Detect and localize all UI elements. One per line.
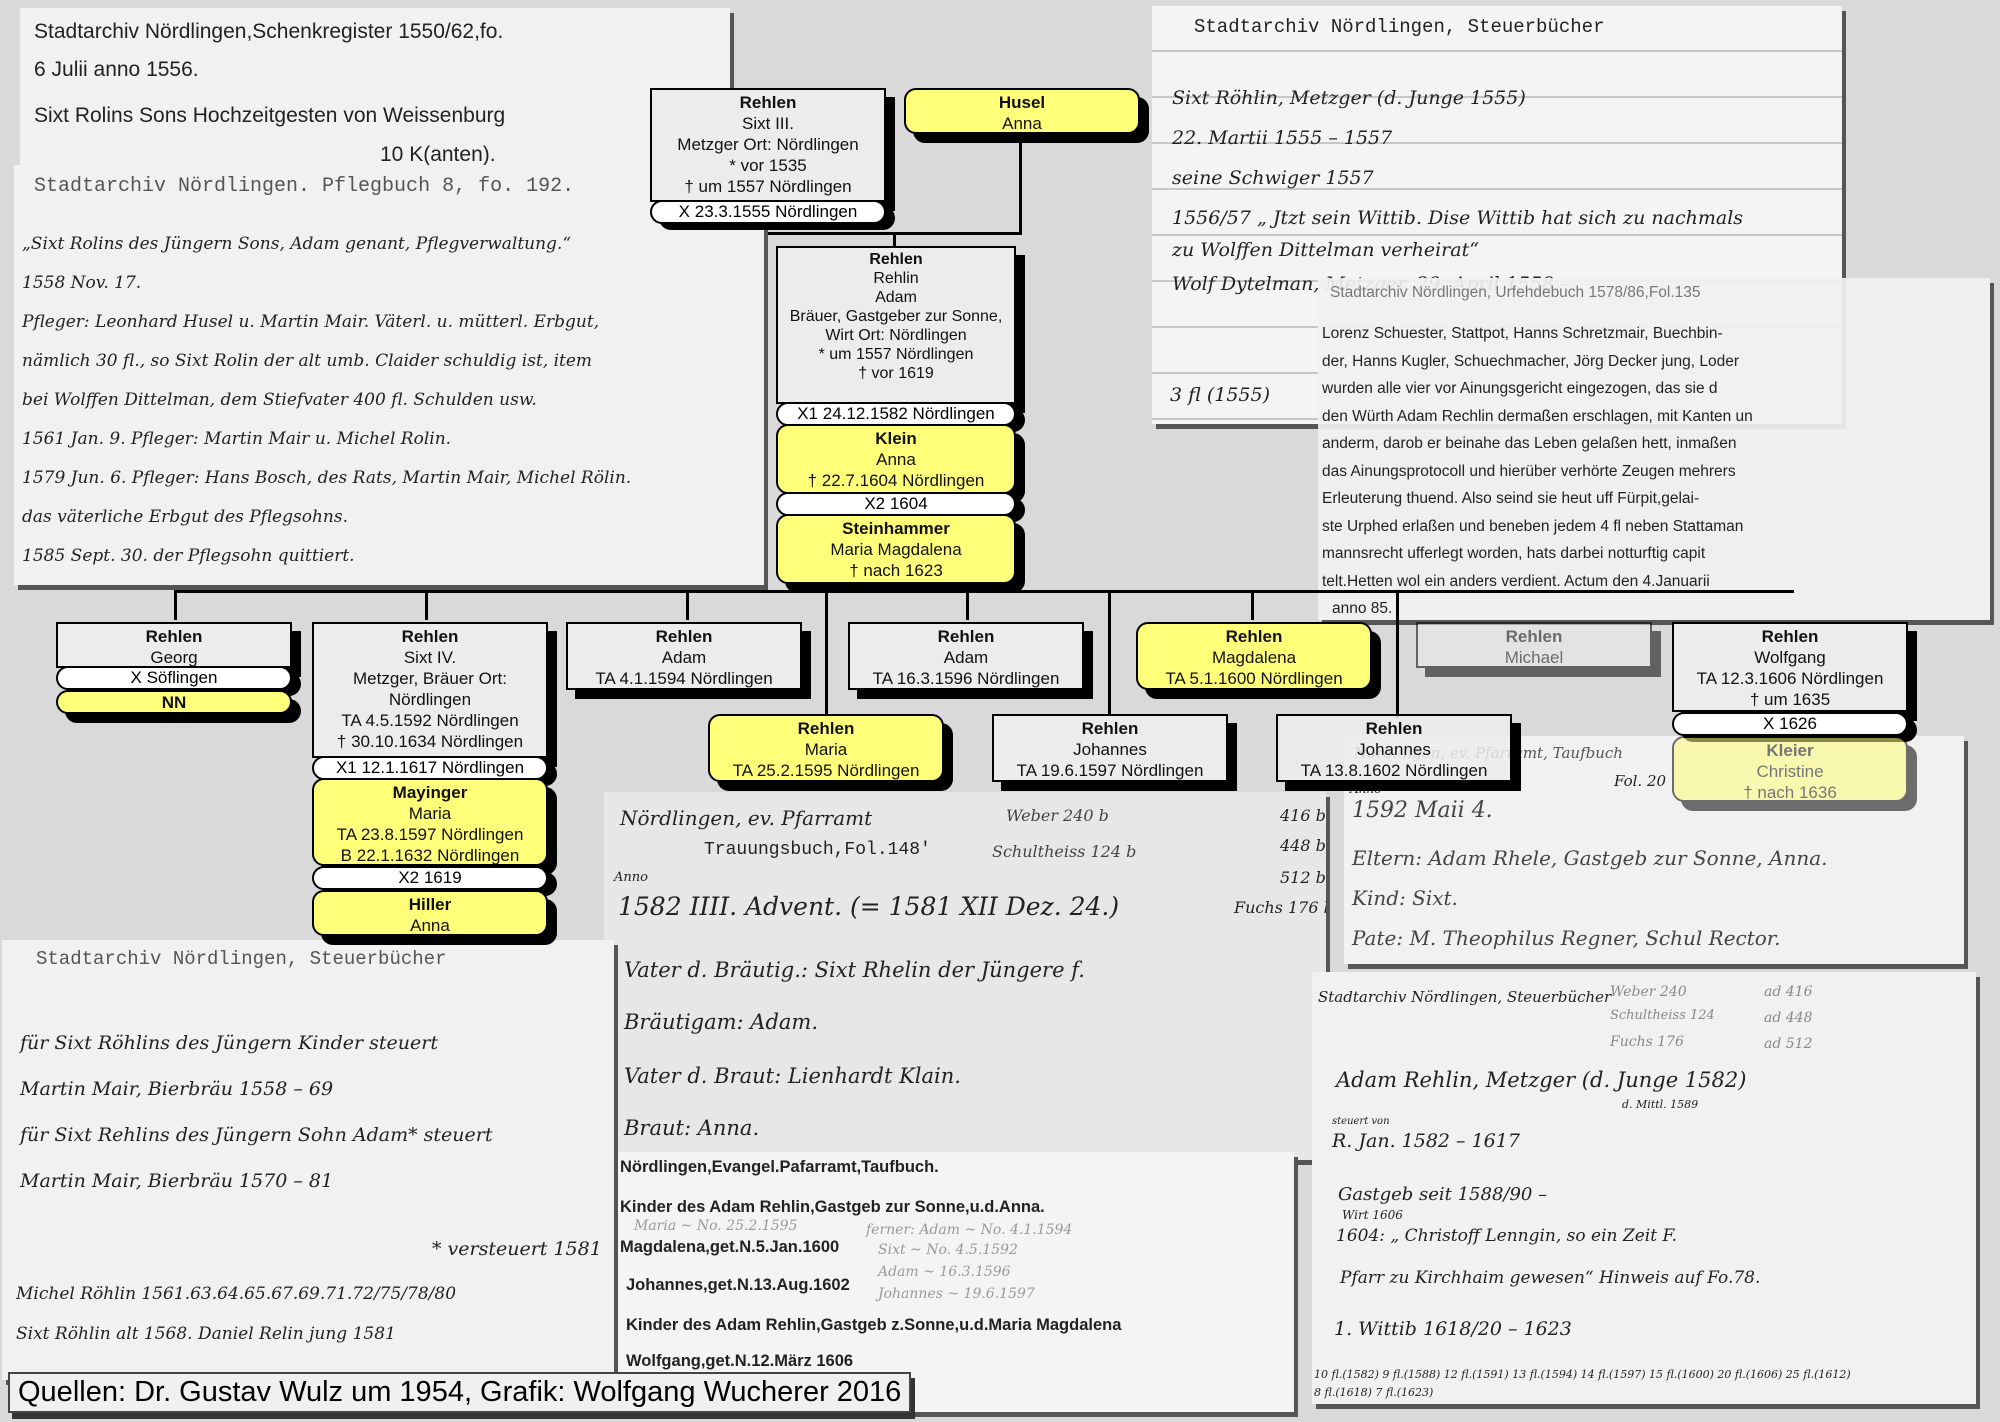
connector [1396,590,1399,718]
person-georg[interactable]: Rehlen Georg [56,622,292,668]
source-caption: Quellen: Dr. Gustav Wulz um 1954, Grafik… [8,1372,911,1413]
doc-trauungsbuch: Nördlingen, ev. Pfarramt Trauungsbuch,Fo… [604,792,1326,1160]
connector [174,590,1794,593]
person-johannes-1597[interactable]: Rehlen Johannes TA 19.6.1597 Nördlingen [992,714,1228,782]
connector [174,590,177,620]
doc-urfehdebuch: Stadtarchiv Nördlingen, Urfehdebuch 1578… [1318,278,1990,620]
person-adam-1594[interactable]: Rehlen Adam TA 4.1.1594 Nördlingen [566,622,802,690]
person-maria-1595[interactable]: Rehlen Maria TA 25.2.1595 Nördlingen [708,714,944,782]
connector [825,590,828,718]
person-maria-mayinger[interactable]: Mayinger Maria TA 23.8.1597 Nördlingen B… [312,778,548,866]
person-michael[interactable]: Rehlen Michael [1416,622,1652,668]
marriage-2-sixt-iv: X2 1619 [312,866,548,890]
person-sixt-iv[interactable]: Rehlen Sixt IV. Metzger, Bräuer Ort: Nör… [312,622,548,758]
connector [1108,590,1111,718]
connector [1019,130,1022,234]
marriage-1-adam: X1 24.12.1582 Nördlingen [776,402,1016,426]
connector [893,232,896,246]
doc-pflegbuch: Stadtarchiv Nördlingen. Pflegbuch 8, fo.… [14,165,764,585]
person-anna-hiller[interactable]: Hiller Anna [312,890,548,936]
person-anna-husel[interactable]: Husel Anna [904,88,1140,134]
person-maria-magdalena-steinhammer[interactable]: Steinhammer Maria Magdalena † nach 1623 [776,514,1016,584]
connector [686,590,689,620]
doc-steuerbuecher-adam: Stadtarchiv Nördlingen, Steuerbücher Web… [1312,972,1976,1404]
connector [966,590,969,620]
person-anna-klein[interactable]: Klein Anna † 22.7.1604 Nördlingen [776,424,1016,494]
doc-steuerbuecher-kinder: Stadtarchiv Nördlingen, Steuerbücher für… [2,940,614,1380]
person-johannes-1602[interactable]: Rehlen Johannes TA 13.8.1602 Nördlingen [1276,714,1512,782]
person-magdalena-1600[interactable]: Rehlen Magdalena TA 5.1.1600 Nördlingen [1136,622,1372,690]
person-wolfgang[interactable]: Rehlen Wolfgang TA 12.3.1606 Nördlingen … [1672,622,1908,712]
person-sixt-iii[interactable]: Rehlen Sixt III. Metzger Ort: Nördlingen… [650,88,886,202]
pflegbuch-lines: „Sixt Rolins des Jüngern Sons, Adam gena… [22,225,631,576]
person-adam-rehlin[interactable]: Rehlen Rehlin Adam Bräuer, Gastgeber zur… [776,246,1016,404]
marriage-2-adam: X2 1604 [776,492,1016,516]
marriage-georg: X Söflingen [56,666,292,690]
marriage-wolfgang: X 1626 [1672,712,1908,736]
person-christine-kleier[interactable]: Kleier Christine † nach 1636 [1672,736,1908,802]
person-georg-spouse[interactable]: NN [56,690,292,714]
connector [1251,590,1254,620]
marriage-sixt-iii: X 23.3.1555 Nördlingen [650,200,886,224]
connector [425,590,428,620]
person-adam-1596[interactable]: Rehlen Adam TA 16.3.1596 Nördlingen [848,622,1084,690]
marriage-1-sixt-iv: X1 12.1.1617 Nördlingen [312,756,548,780]
doc-schenkregister: Stadtarchiv Nördlingen,Schenkregister 15… [20,8,730,168]
